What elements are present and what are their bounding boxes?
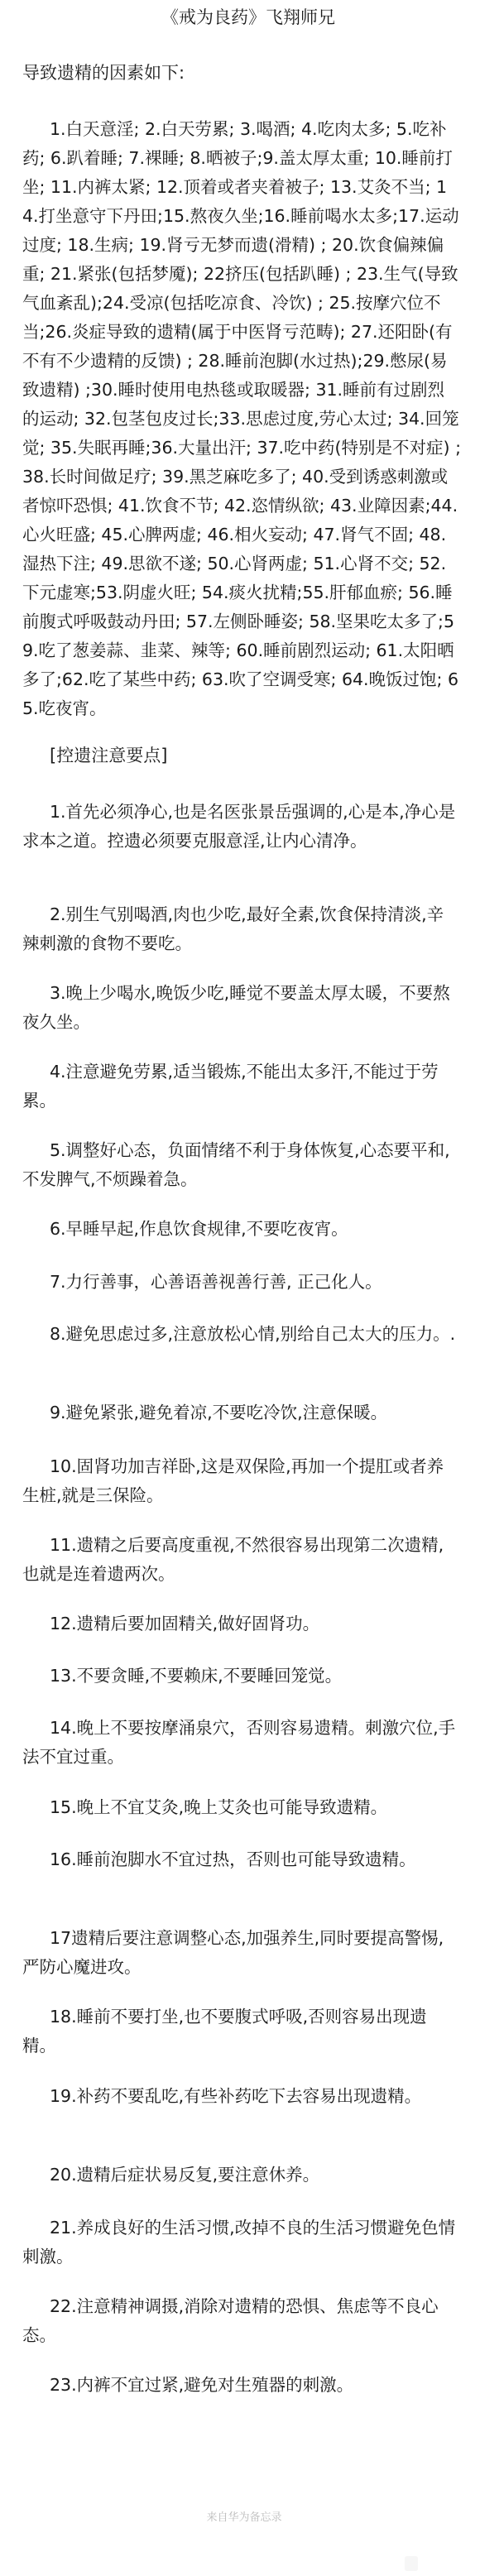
tip-item: 22.注意精神调摄,消除对遗精的恐惧、焦虑等不良心态。	[22, 2292, 459, 2350]
tip-item: 3.晚上少喝水,晚饭少吃,睡觉不要盖太厚太暖，不要熬夜久坐。	[22, 979, 459, 1037]
factors-paragraph: 1.白天意淫; 2.白天劳累; 3.喝酒; 4.吃肉太多; 5.吃补药; 6.趴…	[22, 115, 461, 723]
factors-heading: 导致遗精的因素如下:	[22, 59, 185, 87]
tip-item: 17遗精后要注意调整心态,加强养生,同时要提高警惕,严防心魔进攻。	[22, 1924, 459, 1982]
tip-item: 16.睡前泡脚水不宜过热，否则也可能导致遗精。	[22, 1845, 459, 1874]
tip-item: 12.遗精后要加固精关,做好固肾功。	[22, 1609, 459, 1638]
tip-item: 9.避免紧张,避免着凉,不要吃冷饮,注意保暖。	[22, 1398, 459, 1427]
tip-item: 18.睡前不要打坐,也不要腹式呼吸,否则容易出现遗精。	[22, 2003, 459, 2060]
document-title: 《戒为良药》飞翔师兄	[0, 3, 480, 31]
tip-item: 23.内裤不宜过紧,避免对生殖器的刺激。	[22, 2371, 459, 2400]
watermark-icon	[405, 2556, 418, 2571]
tip-item: 5.调整好心态，负面情绪不利于身体恢复,心态要平和,不发脾气,不烦躁着急。	[22, 1136, 459, 1194]
tip-item: 11.遗精之后要高度重视,不然很容易出现第二次遗精,也就是连着遗两次。	[22, 1531, 459, 1589]
tip-item: 19.补药不要乱吃,有些补药吃下去容易出现遗精。	[22, 2082, 459, 2111]
tip-item: 7.力行善事，心善语善视善行善, 正己化人。	[22, 1268, 459, 1297]
tip-item: 15.晚上不宜艾灸,晚上艾灸也可能导致遗精。	[22, 1793, 459, 1822]
tip-item: 21.养成良好的生活习惯,改掉不良的生活习惯避免色情刺激。	[22, 2214, 459, 2271]
tip-item: 6.早睡早起,作息饮食规律,不要吃夜宵。	[22, 1215, 459, 1244]
tip-item: 4.注意避免劳累,适当锻炼,不能出太多汗,不能过于劳累。	[22, 1058, 459, 1115]
tip-item: 2.别生气别喝酒,肉也少吃,最好全素,饮食保持清淡,辛辣刺激的食物不要吃。	[22, 900, 459, 958]
source-footer: 来自华为备忘录	[0, 2508, 480, 2524]
tip-item: 13.不要贪睡,不要赖床,不要睡回笼觉。	[22, 1662, 459, 1691]
tip-item: 14.晚上不要按摩涌泉穴，否则容易遗精。刺激穴位,手法不宜过重。	[22, 1714, 459, 1772]
tip-item: 10.固肾功加吉祥卧,这是双保险,再加一个提肛或者养生桩,就是三保险。	[22, 1452, 459, 1510]
section-title: [控遗注意要点]	[50, 741, 167, 770]
tip-item: 20.遗精后症状易反复,要注意休养。	[22, 2161, 459, 2190]
tip-item: 8.避免思虑过多,注意放松心情,别给自己太大的压力。.	[22, 1320, 459, 1349]
tip-item: 1.首先必须净心,也是名医张景岳强调的,心是本,净心是求本之道。控遗必须要克服意…	[22, 798, 459, 856]
